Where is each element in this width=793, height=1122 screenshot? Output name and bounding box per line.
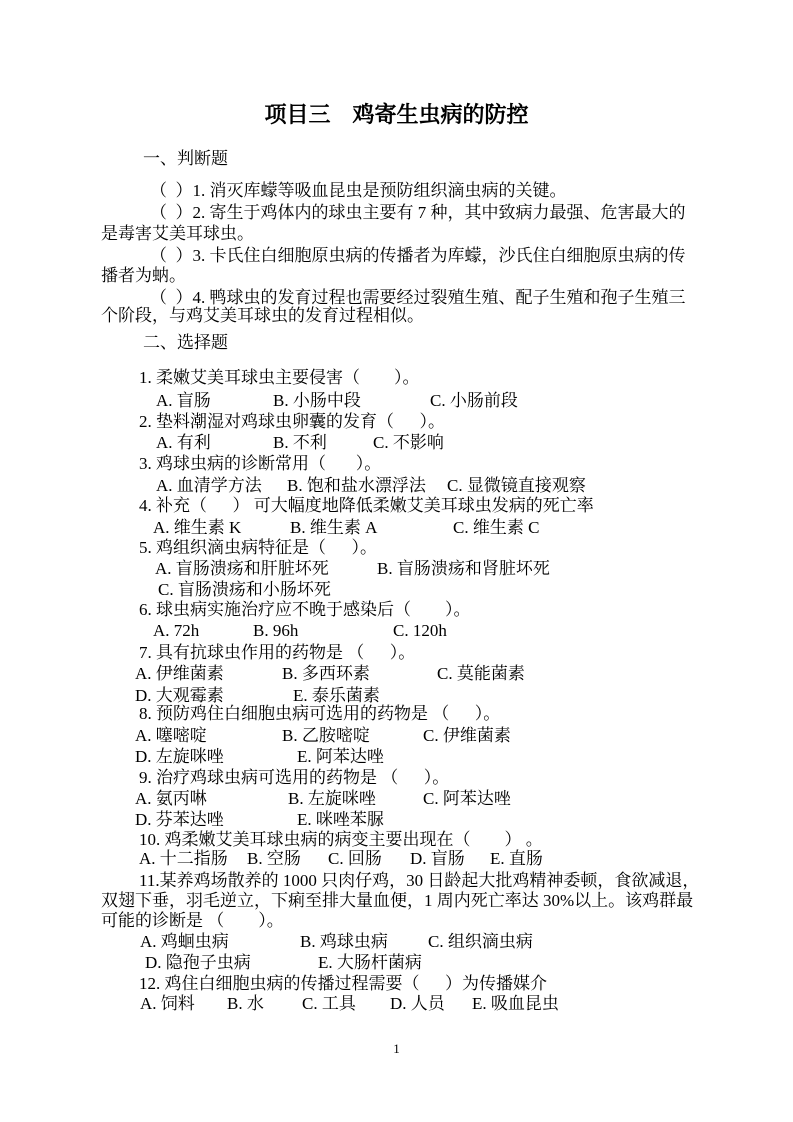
question-4-option-b: B. 维生素 A [290, 518, 377, 537]
question-1: 1. 柔嫩艾美耳球虫主要侵害（ ）。 [139, 368, 420, 387]
question-11-option-e: E. 大肠杆菌病 [318, 953, 422, 972]
question-5-option-c: C. 盲肠溃疡和小肠坏死 [158, 580, 331, 599]
page-title: 项目三 鸡寄生虫病的防控 [0, 98, 793, 129]
question-8-option-a: A. 噻嘧啶 [135, 726, 207, 745]
question-7-option-e: E. 泰乐菌素 [293, 686, 380, 705]
question-6-option-c: C. 120h [393, 621, 447, 640]
question-2: 2. 垫料潮湿对鸡球虫卵囊的发育（ ）。 [139, 412, 445, 431]
question-12-option-c: C. 工具 [302, 994, 356, 1013]
question-3: 3. 鸡球虫病的诊断常用（ ）。 [139, 454, 381, 473]
question-7-option-a: A. 伊维菌素 [135, 664, 224, 683]
question-12-option-d: D. 人员 [390, 994, 445, 1013]
page-number: 1 [0, 1041, 793, 1057]
question-12: 12. 鸡住白细胞虫病的传播过程需要（ ）为传播媒介 [139, 974, 547, 993]
question-9-option-c: C. 阿苯达唑 [423, 789, 511, 808]
judgment-item-3-line-2: 播者为蚋。 [101, 266, 186, 285]
question-5-option-b: B. 盲肠溃疡和肾脏坏死 [377, 559, 550, 578]
question-3-option-a: A. 血清学方法 [156, 476, 262, 495]
question-2-option-b: B. 不利 [273, 433, 327, 452]
question-8-option-c: C. 伊维菌素 [423, 726, 511, 745]
question-12-option-a: A. 饲料 [140, 994, 195, 1013]
question-11-line-1: 11.某养鸡场散养的 1000 只肉仔鸡，30 日龄起大批鸡精神委顿，食欲减退， [139, 871, 699, 890]
question-8-option-b: B. 乙胺嘧啶 [282, 726, 370, 745]
question-1-option-a: A. 盲肠 [156, 391, 211, 410]
judgment-item-2-line-1: （ ）2. 寄生于鸡体内的球虫主要有 7 种，其中致病力最强、危害最大的 [150, 203, 686, 222]
question-10-option-e: E. 直肠 [490, 849, 543, 868]
question-6: 6. 球虫病实施治疗应不晚于感染后（ ）。 [139, 600, 471, 619]
question-3-option-b: B. 饱和盐水漂浮法 [287, 476, 426, 495]
question-9-option-e: E. 咪唑苯脲 [297, 810, 384, 829]
question-11-line-2: 双翅下垂，羽毛逆立，下痢至排大量血便，1 周内死亡率达 30%以上。该鸡群最 [101, 891, 693, 910]
question-10-option-a: A. 十二指肠 [139, 849, 228, 868]
question-8-option-d: D. 左旋咪唑 [135, 747, 224, 766]
question-9-option-b: B. 左旋咪唑 [288, 789, 376, 808]
section-judgment-heading: 一、判断题 [143, 149, 228, 168]
question-10-option-b: B. 空肠 [247, 849, 301, 868]
question-5-option-a: A. 盲肠溃疡和肝脏坏死 [155, 559, 329, 578]
question-10-option-d: D. 盲肠 [410, 849, 465, 868]
question-3-option-c: C. 显微镜直接观察 [447, 476, 586, 495]
question-6-option-a: A. 72h [153, 621, 199, 640]
question-4-option-c: C. 维生素 C [453, 518, 539, 537]
question-7: 7. 具有抗球虫作用的药物是 （ ）。 [139, 643, 415, 662]
question-7-option-b: B. 多西环素 [282, 664, 370, 683]
question-11-option-a: A. 鸡蛔虫病 [140, 932, 229, 951]
question-1-option-c: C. 小肠前段 [430, 391, 518, 410]
question-9-option-d: D. 芬苯达唑 [135, 810, 224, 829]
question-11-line-3: 可能的诊断是 （ ）。 [101, 911, 284, 930]
question-11-option-c: C. 组织滴虫病 [428, 932, 533, 951]
question-12-option-b: B. 水 [227, 994, 264, 1013]
question-7-option-c: C. 莫能菌素 [437, 664, 525, 683]
document-page: 项目三 鸡寄生虫病的防控 一、判断题（ ）1. 消灭库蠓等吸血昆虫是预防组织滴虫… [0, 0, 793, 1122]
question-9-option-a: A. 氨丙啉 [135, 789, 207, 808]
question-1-option-b: B. 小肠中段 [273, 391, 361, 410]
question-4-option-a: A. 维生素 K [153, 518, 241, 537]
judgment-item-2-line-2: 是毒害艾美耳球虫。 [101, 224, 254, 243]
question-7-option-d: D. 大观霉素 [135, 686, 224, 705]
question-11-option-b: B. 鸡球虫病 [300, 932, 388, 951]
question-5: 5. 鸡组织滴虫病特征是（ ）。 [139, 538, 377, 557]
judgment-item-4-line-1: （ ）4. 鸭球虫的发育过程也需要经过裂殖生殖、配子生殖和孢子生殖三 [150, 288, 686, 307]
question-8: 8. 预防鸡住白细胞虫病可选用的药物是 （ ）。 [139, 704, 500, 723]
judgment-item-3-line-1: （ ）3. 卡氏住白细胞原虫病的传播者为库蠓，沙氏住白细胞原虫病的传 [150, 246, 686, 265]
judgment-item-4-line-2: 个阶段，与鸡艾美耳球虫的发育过程相似。 [101, 306, 424, 325]
question-2-option-a: A. 有利 [156, 433, 211, 452]
section-choice-heading: 二、选择题 [143, 333, 228, 352]
question-10-option-c: C. 回肠 [328, 849, 382, 868]
question-9: 9. 治疗鸡球虫病可选用的药物是 （ ）。 [139, 768, 449, 787]
question-4: 4. 补充（ ） 可大幅度地降低柔嫩艾美耳球虫发病的死亡率 [139, 496, 594, 515]
question-6-option-b: B. 96h [253, 621, 298, 640]
question-2-option-c: C. 不影响 [373, 433, 444, 452]
question-10: 10. 鸡柔嫩艾美耳球虫病的病变主要出现在（ ） 。 [139, 830, 543, 849]
question-11-option-d: D. 隐孢子虫病 [145, 953, 251, 972]
judgment-item-1: （ ）1. 消灭库蠓等吸血昆虫是预防组织滴虫病的关键。 [150, 181, 567, 200]
question-12-option-e: E. 吸血昆虫 [472, 994, 559, 1013]
question-8-option-e: E. 阿苯达唑 [297, 747, 384, 766]
